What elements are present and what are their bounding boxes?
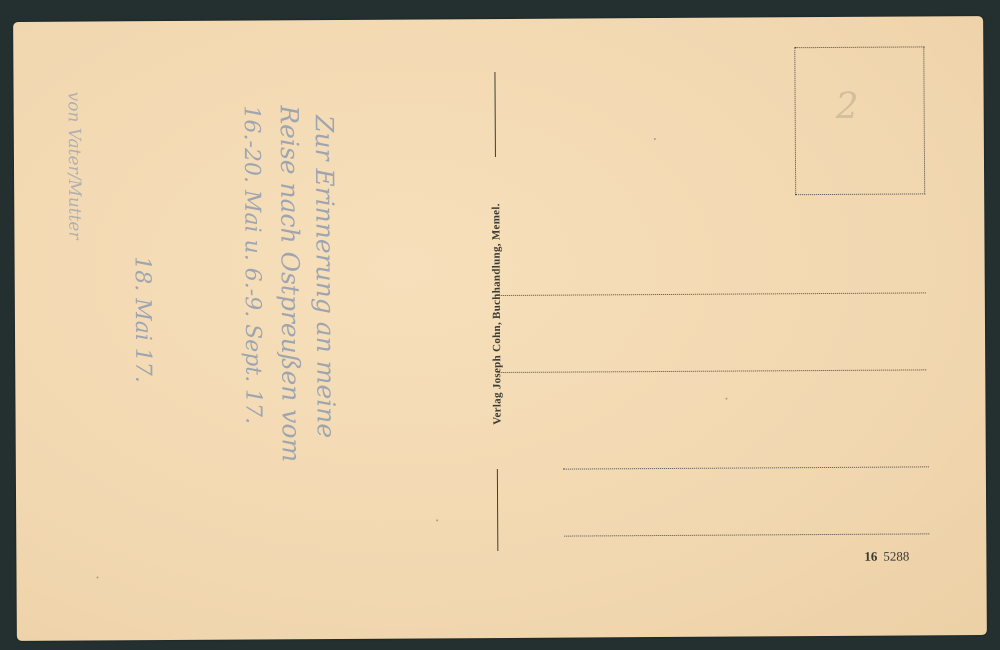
paper-speck — [97, 576, 99, 578]
paper-speck — [725, 398, 727, 400]
handwritten-date: 18. Mai 17. — [130, 256, 156, 383]
divider-line-bottom — [497, 469, 499, 551]
serial-number: 165288 — [864, 549, 909, 565]
serial-value: 5288 — [883, 549, 909, 564]
divider-line-top — [494, 72, 496, 157]
address-line-3 — [563, 466, 929, 469]
handwritten-line-1: Zur Erinnerung an meine — [310, 115, 341, 438]
address-line-2 — [499, 369, 926, 373]
paper-speck — [654, 138, 656, 140]
stamp-pencil-mark: 2 — [836, 86, 859, 127]
publisher-divider: Verlag Joseph Cohn, Buchhandlung, Memel. — [483, 69, 510, 554]
stamp-box: 2 — [794, 46, 925, 195]
publisher-imprint: Verlag Joseph Cohn, Buchhandlung, Memel. — [490, 203, 503, 425]
address-line-1 — [501, 292, 926, 296]
handwritten-line-2: Reise nach Ostpreußen vom — [275, 105, 306, 462]
serial-prefix: 16 — [864, 549, 877, 564]
handwritten-line-3: 16.-20. Mai u. 6.-9. Sept. 17. — [239, 105, 266, 424]
address-line-4 — [564, 533, 929, 536]
paper-speck — [436, 519, 438, 521]
handwritten-signature: von Vater/Mutter — [64, 92, 85, 240]
postcard-back: Zur Erinnerung an meine Reise nach Ostpr… — [13, 16, 987, 641]
